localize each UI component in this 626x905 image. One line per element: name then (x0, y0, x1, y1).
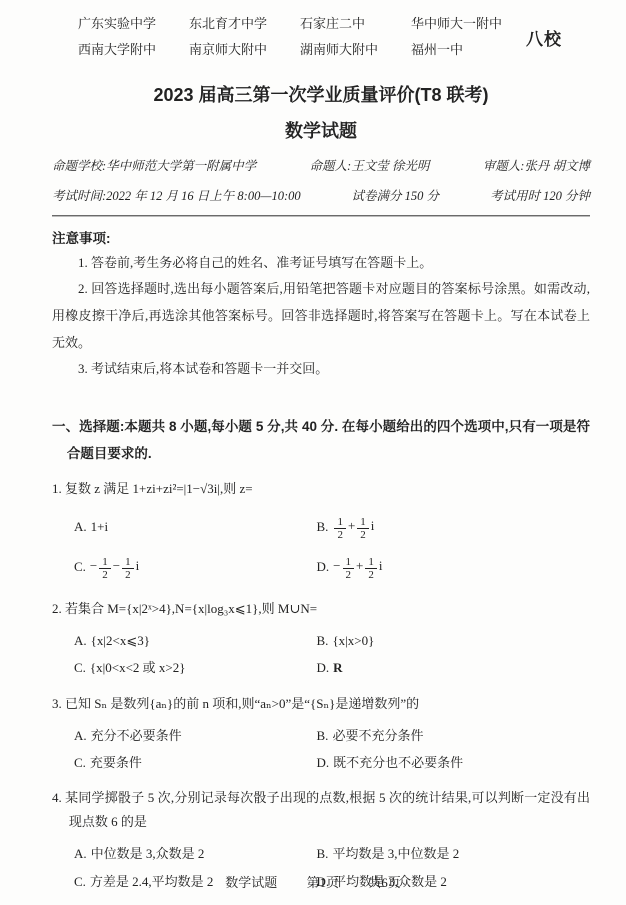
option-a: A. 中位数是 3,众数是 2 (74, 840, 317, 867)
option-math: 充要条件 (90, 749, 142, 776)
schools-header: 广东实验中学 东北育才中学 石家庄二中 华中师大一附中 西南大学附中 南京师大附… (52, 14, 590, 66)
option-math: 既不充分也不必要条件 (333, 749, 463, 776)
school-list: 广东实验中学 东北育才中学 石家庄二中 华中师大一附中 西南大学附中 南京师大附… (78, 14, 522, 66)
option-label: B. (317, 627, 329, 654)
option-label: D. (317, 553, 330, 580)
school-name: 福州一中 (411, 40, 522, 60)
question-3: 3. 已知 Sₙ 是数列{aₙ}的前 n 项和,则“aₙ>0”是“{Sₙ}是递增… (52, 692, 590, 777)
options-grid: A. {x|2<x⩽3} B. {x|x>0} C. {x|0<x<2 或 x>… (52, 627, 590, 682)
fraction: 12 (343, 556, 355, 582)
option-label: A. (74, 627, 87, 654)
meta-row-2: 考试时间:2022 年 12 月 16 日上午 8:00—10:00 试卷满分 … (52, 187, 590, 206)
options-grid: A. 充分不必要条件 B. 必要不充分条件 C. 充要条件 D. 既不充分也不必… (52, 722, 590, 777)
options-grid: A. 1+i B. 12+12i C. −12−12i D. −12+12i (52, 507, 590, 587)
option-math: −12−12i (90, 552, 139, 582)
option-math: {x|2<x⩽3} (91, 627, 150, 654)
meta-exam-time: 考试时间:2022 年 12 月 16 日上午 8:00—10:00 (52, 187, 301, 206)
notice-section: 注意事项: 1. 答卷前,考生务必将自己的姓名、准考证号填写在答题卡上。 2. … (52, 229, 590, 383)
option-d: D. 既不充分也不必要条件 (317, 749, 590, 776)
option-math: 中位数是 3,众数是 2 (91, 840, 205, 867)
option-b: B. {x|x>0} (317, 627, 590, 654)
school-name: 湖南师大附中 (300, 40, 411, 60)
question-2: 2. 若集合 M={x|2ˣ>4},N={x|log₃x⩽1},则 M∪N= A… (52, 597, 590, 682)
school-name: 石家庄二中 (300, 14, 411, 34)
school-row-2: 西南大学附中 南京师大附中 湖南师大附中 福州一中 (78, 40, 522, 60)
exam-title: 2023 届高三第一次学业质量评价(T8 联考) (52, 82, 590, 110)
question-stem: 3. 已知 Sₙ 是数列{aₙ}的前 n 项和,则“aₙ>0”是“{Sₙ}是递增… (52, 692, 590, 716)
option-label: A. (74, 513, 87, 540)
option-label: B. (317, 513, 329, 540)
fraction: 12 (365, 556, 377, 582)
footer-page-number: 第1页 (306, 875, 339, 890)
meta-row-1: 命题学校:华中师范大学第一附属中学 命题人:王文莹 徐光明 审题人:张丹 胡文博 (52, 157, 590, 176)
question-stem: 4. 某同学掷骰子 5 次,分别记录每次骰子出现的点数,根据 5 次的统计结果,… (52, 786, 590, 834)
option-math: 必要不充分条件 (332, 722, 423, 749)
exam-subtitle: 数学试题 (52, 118, 590, 146)
school-name: 西南大学附中 (78, 40, 189, 60)
notice-item-3: 3. 考试结束后,将本试卷和答题卡一并交回。 (52, 356, 590, 383)
fraction: 12 (122, 556, 134, 582)
footer-page-total: 共6页 (368, 875, 401, 890)
option-math: 充分不必要条件 (91, 722, 182, 749)
option-d: D. −12+12i (317, 547, 590, 587)
question-stem: 1. 复数 z 满足 1+zi+zi²=|1−√3i|,则 z= (52, 477, 590, 501)
option-label: A. (74, 722, 87, 749)
fraction: 12 (99, 556, 111, 582)
option-math: −12+12i (333, 552, 382, 582)
school-row-1: 广东实验中学 东北育才中学 石家庄二中 华中师大一附中 (78, 14, 522, 34)
fraction: 12 (357, 516, 369, 542)
meta-writers: 命题人:王文莹 徐光明 (310, 157, 430, 176)
option-a: A. 1+i (74, 507, 317, 547)
option-math: 12+12i (332, 512, 374, 542)
question-1: 1. 复数 z 满足 1+zi+zi²=|1−√3i|,则 z= A. 1+i … (52, 477, 590, 587)
fraction: 12 (334, 516, 346, 542)
option-math: {x|0<x<2 或 x>2} (90, 654, 186, 681)
meta-duration: 考试用时 120 分钟 (490, 187, 590, 206)
section-1-title: 一、选择题:本题共 8 小题,每小题 5 分,共 40 分. 在每小题给出的四个… (52, 413, 590, 467)
exam-page: 广东实验中学 东北育才中学 石家庄二中 华中师大一附中 西南大学附中 南京师大附… (0, 0, 626, 905)
page-footer: 数学试题 第1页 共6页 (0, 873, 626, 893)
option-label: C. (74, 654, 86, 681)
option-b: B. 12+12i (317, 507, 590, 547)
school-name: 广东实验中学 (78, 14, 189, 34)
option-a: A. 充分不必要条件 (74, 722, 317, 749)
question-stem: 2. 若集合 M={x|2ˣ>4},N={x|log₃x⩽1},则 M∪N= (52, 597, 590, 621)
option-label: B. (317, 840, 329, 867)
option-label: A. (74, 840, 87, 867)
option-label: D. (317, 654, 330, 681)
option-d: D. R (317, 654, 590, 681)
header-divider (52, 215, 590, 217)
option-label: D. (317, 749, 330, 776)
notice-title: 注意事项: (52, 229, 590, 250)
option-c: C. −12−12i (74, 547, 317, 587)
school-name: 南京师大附中 (189, 40, 300, 60)
option-math: R (333, 654, 342, 681)
option-label: C. (74, 553, 86, 580)
option-c: C. 充要条件 (74, 749, 317, 776)
option-math: {x|x>0} (332, 627, 374, 654)
option-c: C. {x|0<x<2 或 x>2} (74, 654, 317, 681)
notice-item-2: 2. 回答选择题时,选出每小题答案后,用铅笔把答题卡对应题目的答案标号涂黑。如需… (52, 276, 590, 356)
option-a: A. {x|2<x⩽3} (74, 627, 317, 654)
school-name: 东北育才中学 (189, 14, 300, 34)
meta-reviewers: 审题人:张丹 胡文博 (483, 157, 590, 176)
option-math: 平均数是 3,中位数是 2 (332, 840, 459, 867)
footer-doc-title: 数学试题 (225, 875, 277, 890)
meta-full-score: 试卷满分 150 分 (352, 187, 440, 206)
option-b: B. 必要不充分条件 (317, 722, 590, 749)
eight-schools-badge: 八校 (526, 27, 562, 53)
option-label: B. (317, 722, 329, 749)
option-math: 1+i (91, 513, 108, 540)
option-label: C. (74, 749, 86, 776)
meta-proposing-school: 命题学校:华中师范大学第一附属中学 (52, 157, 256, 176)
school-name: 华中师大一附中 (411, 14, 522, 34)
notice-item-1: 1. 答卷前,考生务必将自己的姓名、准考证号填写在答题卡上。 (52, 250, 590, 277)
option-b: B. 平均数是 3,中位数是 2 (317, 840, 590, 867)
